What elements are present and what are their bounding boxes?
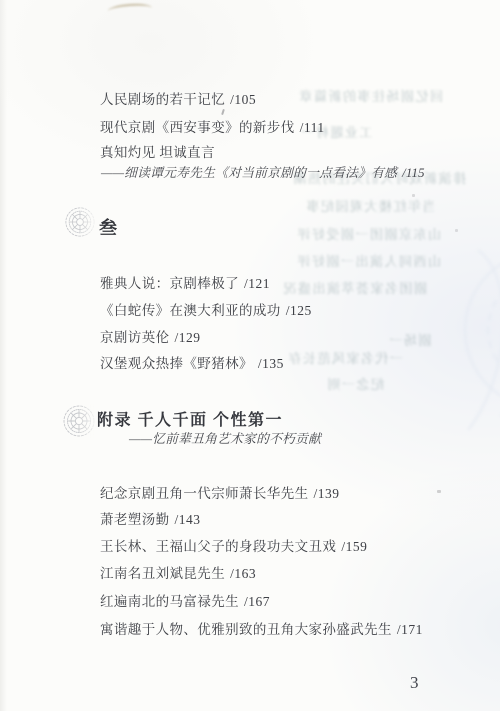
toc-entry-title: 京剧访英伦: [100, 330, 170, 345]
seal-medallion-icon: [62, 404, 96, 438]
ink-speck: [221, 109, 225, 115]
ink-speck: [437, 490, 441, 493]
toc-entry-title: 王长林、王福山父子的身段功夫文丑戏: [100, 539, 336, 554]
toc-entry: 王长林、王福山父子的身段功夫文丑戏/159: [100, 539, 367, 555]
toc-entry: 雅典人说：京剧棒极了/121: [100, 276, 270, 292]
toc-entry-page: /135: [258, 356, 284, 371]
ink-speck: [412, 194, 415, 197]
section-header: 叁: [99, 214, 119, 240]
toc-entry-title: 雅典人说：京剧棒极了: [100, 276, 239, 291]
toc-entry-page: /121: [244, 276, 270, 291]
toc-entry-title: 萧老塑汤勤: [100, 512, 170, 527]
toc-entry-page: /115: [402, 166, 425, 180]
toc-subentry-title: ——细读谭元寿先生《对当前京剧的一点看法》有感: [101, 166, 397, 180]
toc-entry-page: /163: [230, 566, 256, 581]
toc-entry: 汉堡观众热捧《野猪林》/135: [100, 356, 284, 372]
toc-entry-page: /105: [230, 92, 256, 107]
toc-entry: 真知灼见 坦诚直言: [100, 145, 215, 161]
ink-speck: [455, 229, 458, 232]
toc-entry-title: 红遍南北的马富禄先生: [100, 594, 239, 609]
toc-entry-title: 纪念京剧丑角一代宗师萧长华先生: [100, 486, 309, 501]
toc-entry: 江南名丑刘斌昆先生/163: [100, 566, 256, 582]
toc-entry-page: /143: [175, 512, 201, 527]
toc-entry-page: /139: [314, 486, 340, 501]
toc-entry-page: /111: [300, 120, 325, 135]
toc-entry-page: /167: [244, 594, 270, 609]
toc-entry-page: /171: [397, 622, 423, 637]
toc-entry-title: 真知灼见 坦诚直言: [100, 145, 215, 160]
toc-entry: 纪念京剧丑角一代宗师萧长华先生/139: [100, 486, 340, 502]
toc-entry: 萧老塑汤勤/143: [100, 512, 201, 528]
toc-entry-page: /125: [286, 303, 312, 318]
toc-entry: 人民剧场的若干记忆/105: [100, 92, 256, 108]
bleedthrough-medallion-watermark: [408, 210, 500, 470]
toc-entry-title: 汉堡观众热捧《野猪林》: [100, 356, 253, 371]
toc-entry-title: 《白蛇传》在澳大利亚的成功: [100, 303, 281, 318]
section-subtitle: ——忆前辈丑角艺术家的不朽贡献: [129, 432, 321, 447]
toc-entry-title: 江南名丑刘斌昆先生: [100, 566, 225, 581]
section-header: 附录 千人千面 个性第一: [97, 407, 283, 430]
page-number: 3: [410, 673, 419, 693]
toc-entry-title: 人民剧场的若干记忆: [100, 92, 225, 107]
ghost-text-line: 回忆剧场往事的新篇章: [298, 86, 443, 105]
toc-entry-title: 寓谐趣于人物、优雅别致的丑角大家孙盛武先生: [100, 622, 392, 637]
ghost-text-line: 剧团名家荟萃演出盛况: [282, 278, 427, 297]
toc-entry-page: /129: [175, 330, 201, 345]
book-toc-page: 回忆剧场往事的新篇章 工业题材一 排演新戏时人们关注的热潮 当年红楼大观园纪事 …: [0, 0, 500, 711]
toc-entry: 京剧访英伦/129: [100, 330, 201, 346]
seal-medallion-icon: [64, 206, 96, 238]
ghost-text-line: 纪念一则: [326, 374, 384, 393]
toc-subentry: ——细读谭元寿先生《对当前京剧的一点看法》有感/115: [101, 166, 425, 181]
toc-entry: 《白蛇传》在澳大利亚的成功/125: [100, 303, 312, 319]
toc-entry: 红遍南北的马富禄先生/167: [100, 594, 270, 610]
toc-entry: 现代京剧《西安事变》的新步伐/111: [100, 120, 325, 136]
toc-entry-title: 现代京剧《西安事变》的新步伐: [100, 120, 295, 135]
toc-entry-page: /159: [341, 539, 367, 554]
toc-entry: 寓谐趣于人物、优雅别致的丑角大家孙盛武先生/171: [100, 622, 423, 638]
scan-smudge: [108, 2, 153, 16]
ghost-text-line: 一代名家风范长存: [287, 348, 403, 367]
